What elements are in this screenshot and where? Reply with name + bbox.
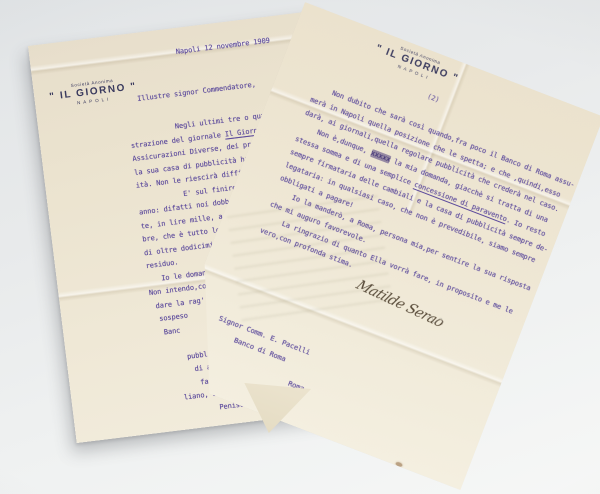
letterhead: Società Anonima " IL GIORNO " NAPOLI	[367, 36, 467, 93]
photo-backdrop: Società Anonima " IL GIORNO " NAPOLI Nap…	[0, 0, 600, 494]
stain-mark	[395, 461, 403, 467]
letterhead: Società Anonima " IL GIORNO " NAPOLI	[43, 75, 143, 111]
date-line: Napoli 12 novembre 1909	[175, 37, 270, 56]
recipient-address: Signor Comm. E. PacelliBanco di RomaRoma	[204, 311, 320, 396]
salutation: Illustre signor Commendatore,	[137, 81, 256, 103]
page2-body: Non dubito che sarà così quando,fra poco…	[258, 80, 577, 336]
page-number: (2)	[426, 92, 441, 104]
